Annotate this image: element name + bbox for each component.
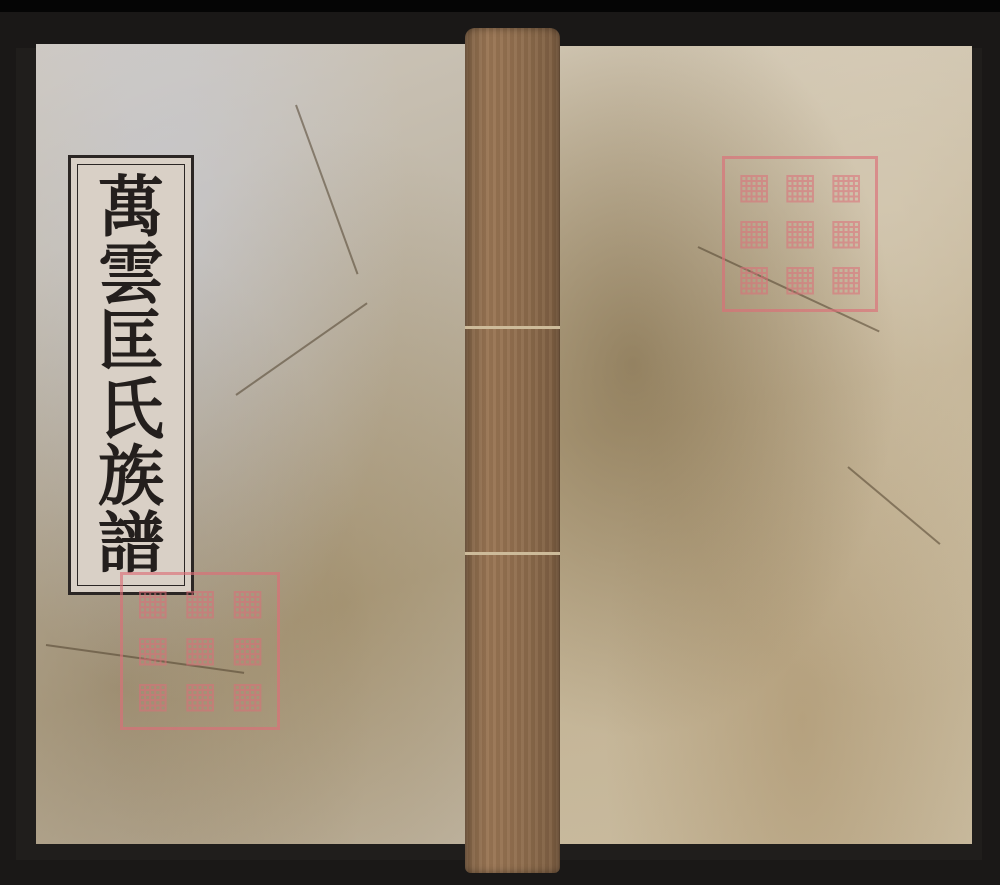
binding-thread: [465, 552, 560, 555]
seal-glyph: ▦: [224, 581, 271, 628]
title-char: 雲: [98, 241, 164, 307]
title-label-frame: 萬 雲 匡 氏 族 譜: [77, 164, 185, 586]
seal-glyph: ▦: [224, 674, 271, 721]
binding-thread: [465, 326, 560, 329]
seal-glyph: ▦: [129, 581, 176, 628]
seal-glyph: ▦: [129, 628, 176, 675]
top-border: [0, 0, 1000, 12]
seal-glyph: ▦: [224, 628, 271, 675]
seal-glyph: ▦: [129, 674, 176, 721]
seal-glyph: ▦: [823, 211, 869, 257]
title-char: 氏: [98, 376, 164, 442]
crack: [847, 466, 940, 545]
seal-glyph: ▦: [777, 211, 823, 257]
seal-glyph: ▦: [176, 674, 223, 721]
seal-glyph: ▦: [823, 165, 869, 211]
title-char: 匡: [98, 308, 164, 374]
title-char: 族: [98, 443, 164, 509]
seal-glyph: ▦: [777, 257, 823, 303]
crack: [235, 302, 367, 395]
seal-glyph: ▦: [731, 211, 777, 257]
title-char: 譜: [98, 510, 164, 576]
book-spine: [465, 28, 560, 873]
title-label: 萬 雲 匡 氏 族 譜: [68, 155, 194, 595]
seal-glyph: ▦: [176, 628, 223, 675]
crack: [295, 105, 358, 275]
seal-glyph: ▦: [731, 257, 777, 303]
red-seal-stamp-left: ▦ ▦ ▦ ▦ ▦ ▦ ▦ ▦ ▦: [120, 572, 280, 730]
title-char: 萬: [98, 174, 164, 240]
seal-glyph: ▦: [731, 165, 777, 211]
seal-glyph: ▦: [823, 257, 869, 303]
seal-glyph: ▦: [777, 165, 823, 211]
red-seal-stamp-right: ▦ ▦ ▦ ▦ ▦ ▦ ▦ ▦ ▦: [722, 156, 878, 312]
seal-glyph: ▦: [176, 581, 223, 628]
